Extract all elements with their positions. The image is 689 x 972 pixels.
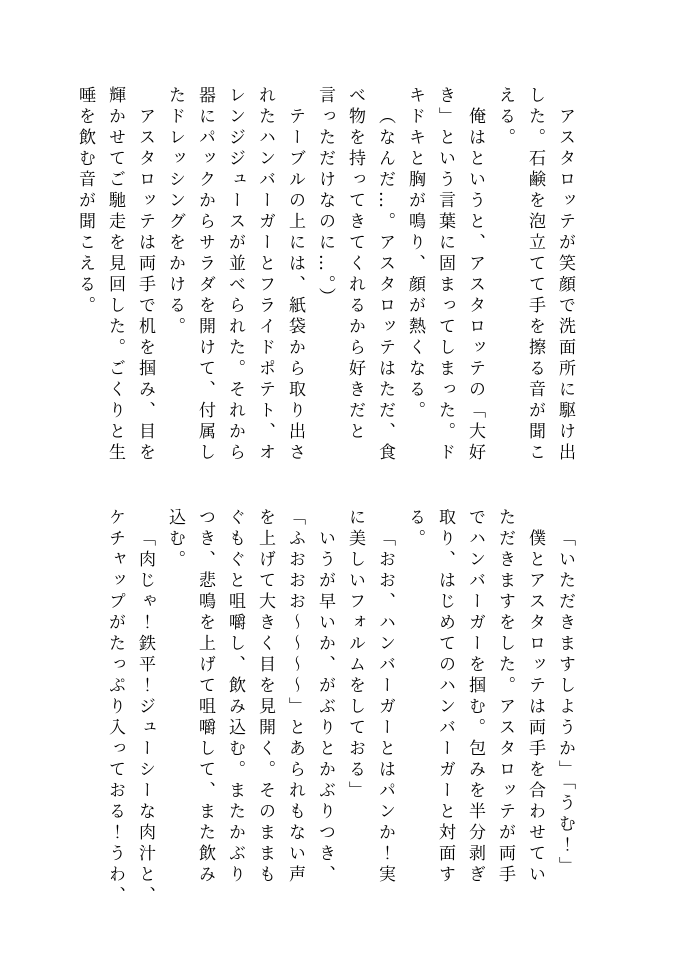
paragraph: いうが早いか、がぶりとかぶりつき、 「ふおおお～～～～」とあられもない声 を上げ… (160, 508, 340, 908)
paragraph: （なんだ…。アスタロッテはただ、食 べ物を持ってきてくれるから好きだと 言っただ… (310, 86, 400, 486)
novel-page: アスタロッテが笑顔で洗面所に駆け出 した。石鹸を泡立てて手を擦る音が聞こ える。… (0, 0, 689, 972)
paragraph: テーブルの上には、紙袋から取り出さ れたハンバーガーとフライドポテト、オ レンジ… (160, 86, 310, 486)
text-band-upper: アスタロッテが笑顔で洗面所に駆け出 した。石鹸を泡立てて手を擦る音が聞こ える。… (70, 86, 580, 486)
paragraph: 僕とアスタロッテは両手を合わせてい ただきますをした。アスタロッテが両手 でハン… (400, 508, 550, 908)
text-band-lower: 「いただきますしようか」「うむ！」僕とアスタロッテは両手を合わせてい ただきます… (100, 508, 580, 908)
paragraph: アスタロッテは両手で机を掴み、目を 輝かせてご馳走を見回した。ごくりと生 唾を飲… (70, 86, 160, 486)
paragraph: 「おお、ハンバーガーとはパンか！実 に美しいフォルムをしておる」 (340, 508, 400, 908)
paragraph: 俺はというと、アスタロッテの「大好 き」という言葉に固まってしまった。ド キドキ… (400, 86, 490, 486)
paragraph: 「肉じゃ！鉄平！ジューシーな肉汁と、 ケチャップがたっぷり入っておる！うわ、 (100, 508, 160, 908)
paragraph: アスタロッテが笑顔で洗面所に駆け出 した。石鹸を泡立てて手を擦る音が聞こ える。 (490, 86, 580, 486)
paragraph: 「いただきますしようか」「うむ！」 (550, 508, 580, 908)
